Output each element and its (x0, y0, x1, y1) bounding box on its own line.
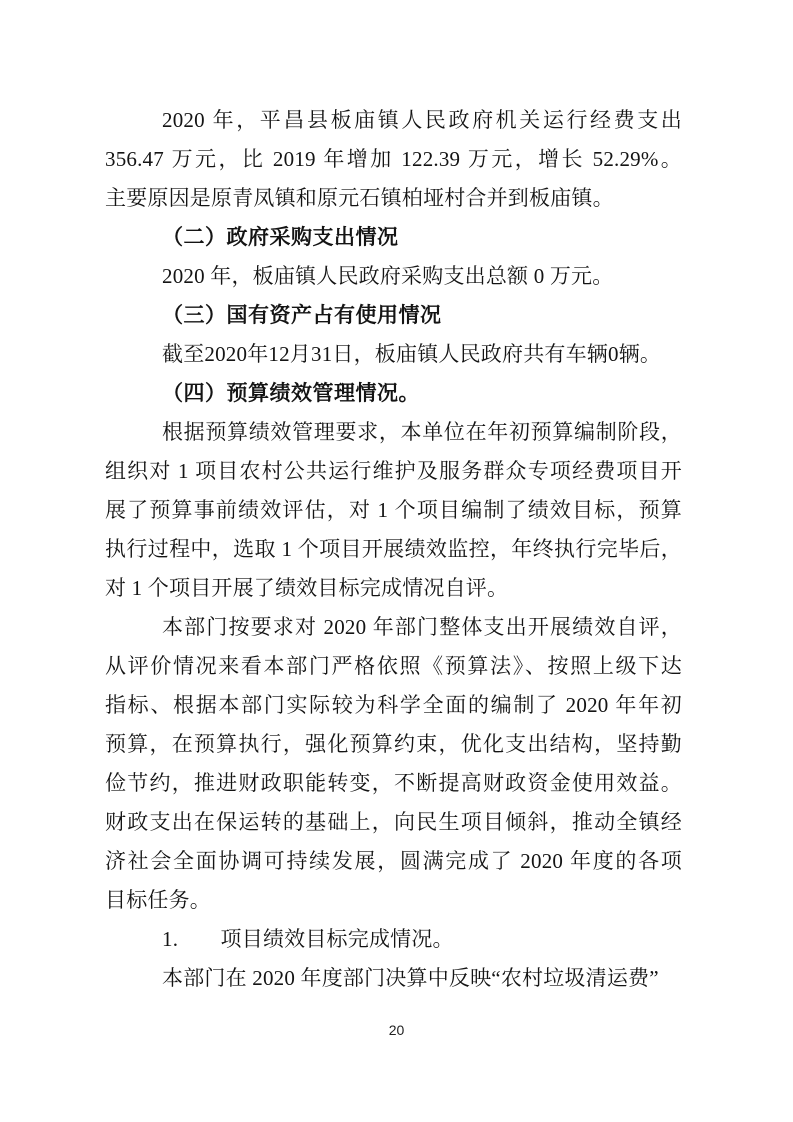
text-line: 根据预算绩效管理要求，本单位在年初预算编制阶段， (105, 413, 682, 452)
text-line: 预算，在预算执行，强化预算约束，优化支出结构，坚持勤 (105, 725, 682, 764)
section-heading: （四）预算绩效管理情况。 (105, 374, 682, 413)
text-line: （二）政府采购支出情况 (105, 218, 682, 257)
text-line: 2020 年，平昌县板庙镇人民政府机关运行经费支出 (105, 101, 682, 140)
text-line: 本部门按要求对 2020 年部门整体支出开展绩效自评， (105, 608, 682, 647)
paragraph: 本部门在 2020 年度部门决算中反映“农村垃圾清运费” (105, 959, 682, 998)
text-line: 指标、根据本部门实际较为科学全面的编制了 2020 年年初 (105, 686, 682, 725)
paragraph: 2020 年，板庙镇人民政府采购支出总额 0 万元。 (105, 257, 682, 296)
text-line: 本部门在 2020 年度部门决算中反映“农村垃圾清运费” (105, 959, 682, 998)
paragraph: 本部门按要求对 2020 年部门整体支出开展绩效自评，从评价情况来看本部门严格依… (105, 608, 682, 920)
text-line: （三）国有资产占有使用情况 (105, 296, 682, 335)
text-line: 财政支出在保运转的基础上，向民生项目倾斜，推动全镇经 (105, 803, 682, 842)
paragraph: 根据预算绩效管理要求，本单位在年初预算编制阶段，组织对 1 项目农村公共运行维护… (105, 413, 682, 608)
text-line: 目标任务。 (105, 881, 682, 920)
text-line: 1. 项目绩效目标完成情况。 (105, 920, 682, 959)
list-item: 1. 项目绩效目标完成情况。 (105, 920, 682, 959)
text-line: 从评价情况来看本部门严格依照《预算法》、按照上级下达 (105, 647, 682, 686)
text-line: 对 1 个项目开展了绩效目标完成情况自评。 (105, 569, 682, 608)
text-line: 356.47 万元，比 2019 年增加 122.39 万元，增长 52.29%… (105, 140, 682, 179)
section-heading: （三）国有资产占有使用情况 (105, 296, 682, 335)
document-body: 2020 年，平昌县板庙镇人民政府机关运行经费支出356.47 万元，比 201… (105, 101, 682, 998)
text-line: 济社会全面协调可持续发展，圆满完成了 2020 年度的各项 (105, 842, 682, 881)
section-heading: （二）政府采购支出情况 (105, 218, 682, 257)
text-line: 主要原因是原青凤镇和原元石镇柏垭村合并到板庙镇。 (105, 179, 682, 218)
text-line: 展了预算事前绩效评估，对 1 个项目编制了绩效目标，预算 (105, 491, 682, 530)
paragraph: 截至2020年12月31日，板庙镇人民政府共有车辆0辆。 (105, 335, 682, 374)
page-number: 20 (0, 1022, 793, 1038)
text-line: 俭节约，推进财政职能转变，不断提高财政资金使用效益。 (105, 764, 682, 803)
text-line: 组织对 1 项目农村公共运行维护及服务群众专项经费项目开 (105, 452, 682, 491)
text-line: （四）预算绩效管理情况。 (105, 374, 682, 413)
document-page: 2020 年，平昌县板庙镇人民政府机关运行经费支出356.47 万元，比 201… (0, 0, 793, 1122)
paragraph: 2020 年，平昌县板庙镇人民政府机关运行经费支出356.47 万元，比 201… (105, 101, 682, 218)
text-line: 截至2020年12月31日，板庙镇人民政府共有车辆0辆。 (105, 335, 682, 374)
text-line: 2020 年，板庙镇人民政府采购支出总额 0 万元。 (105, 257, 682, 296)
text-line: 执行过程中，选取 1 个项目开展绩效监控，年终执行完毕后， (105, 530, 682, 569)
